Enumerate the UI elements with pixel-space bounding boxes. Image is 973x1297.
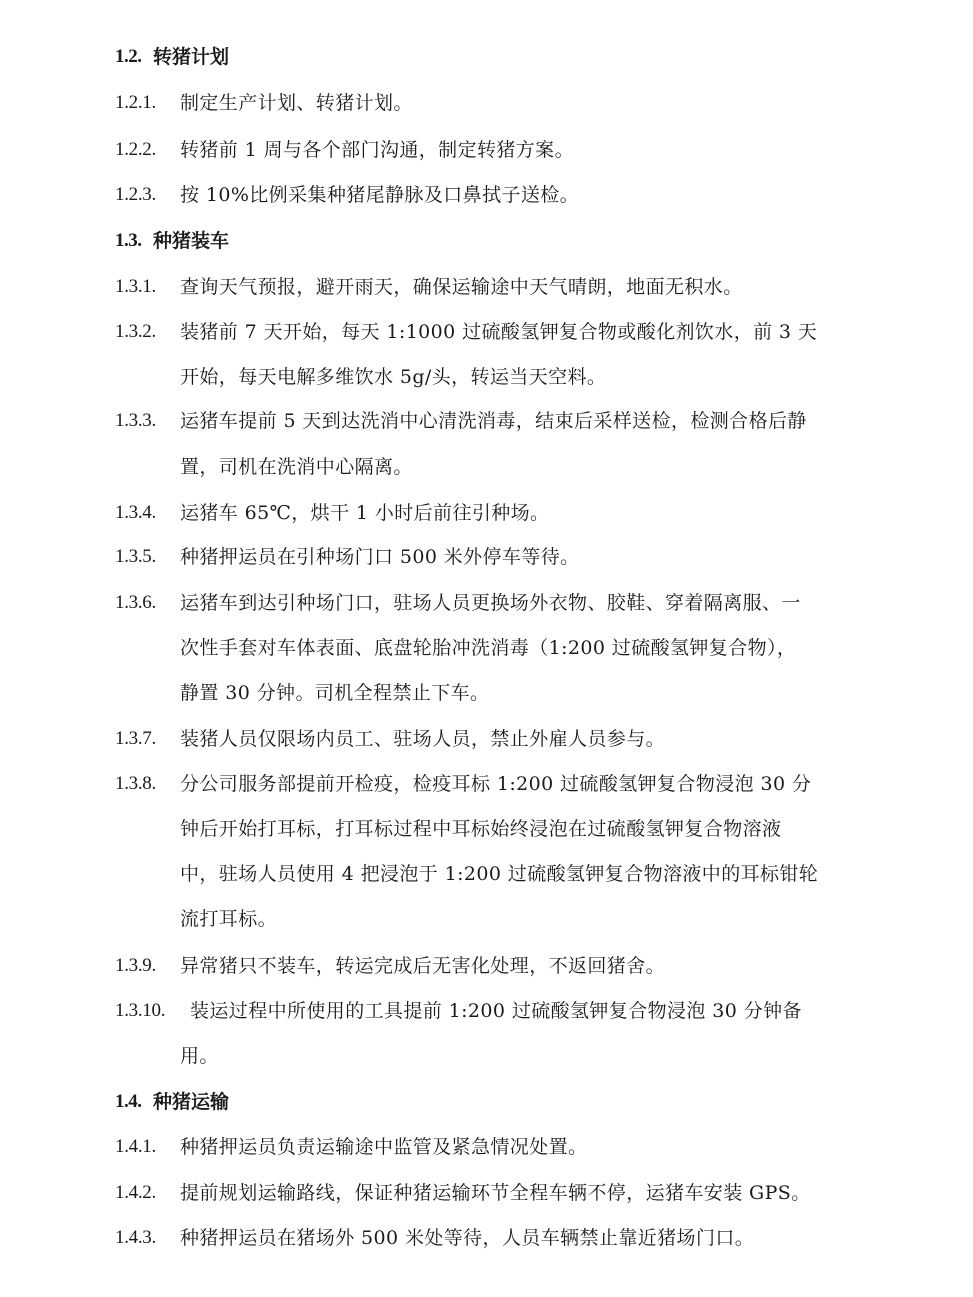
list-item-1-3-3: 1.3.3. 运猪车提前 5 天到达洗消中心清洗消毒，结束后采样送检，检测合格后…	[0, 406, 973, 436]
item-number: 1.4.3.	[115, 1223, 156, 1253]
item-number: 1.3.5.	[115, 542, 156, 572]
section-title: 种猪装车	[153, 226, 229, 256]
item-text: 装猪前 7 天开始，每天 1:1000 过硫酸氢钾复合物或酸化剂饮水，前 3 天	[180, 317, 817, 347]
item-text: 装猪人员仅限场内员工、驻场人员，禁止外雇人员参与。	[180, 724, 665, 754]
item-text: 按 10%比例采集种猪尾静脉及口鼻拭子送检。	[180, 180, 579, 210]
item-text-continued: 用。	[180, 1041, 219, 1071]
item-number: 1.3.7.	[115, 724, 156, 754]
section-number: 1.2.	[115, 42, 142, 72]
item-number: 1.3.1.	[115, 272, 156, 302]
item-text-continued: 钟后开始打耳标，打耳标过程中耳标始终浸泡在过硫酸氢钾复合物溶液	[180, 814, 781, 844]
item-number: 1.3.10.	[115, 996, 165, 1026]
item-text-continued: 次性手套对车体表面、底盘轮胎冲洗消毒（1:200 过硫酸氢钾复合物），	[180, 633, 796, 663]
item-text: 运猪车 65℃，烘干 1 小时后前往引种场。	[180, 498, 549, 528]
item-text-continued: 置，司机在洗消中心隔离。	[180, 452, 413, 482]
item-text: 异常猪只不装车，转运完成后无害化处理，不返回猪舍。	[180, 951, 665, 981]
section-title: 转猪计划	[153, 42, 229, 72]
list-item-1-2-3: 1.2.3. 按 10%比例采集种猪尾静脉及口鼻拭子送检。	[0, 180, 973, 210]
section-heading-1-3: 1.3. 种猪装车	[0, 226, 973, 256]
list-item-1-3-8-cont: 中，驻场人员使用 4 把浸泡于 1:200 过硫酸氢钾复合物溶液中的耳标钳轮	[0, 859, 973, 889]
list-item-1-3-10: 1.3.10. 装运过程中所使用的工具提前 1:200 过硫酸氢钾复合物浸泡 3…	[0, 996, 973, 1026]
item-text: 查询天气预报，避开雨天，确保运输途中天气晴朗，地面无积水。	[180, 272, 743, 302]
item-text: 种猪押运员负责运输途中监管及紧急情况处置。	[180, 1132, 587, 1162]
list-item-1-4-1: 1.4.1. 种猪押运员负责运输途中监管及紧急情况处置。	[0, 1132, 973, 1162]
list-item-1-3-8-cont: 流打耳标。	[0, 904, 973, 934]
item-text-continued: 静置 30 分钟。司机全程禁止下车。	[180, 678, 489, 708]
list-item-1-3-8: 1.3.8. 分公司服务部提前开检疫，检疫耳标 1:200 过硫酸氢钾复合物浸泡…	[0, 769, 973, 799]
list-item-1-3-7: 1.3.7. 装猪人员仅限场内员工、驻场人员，禁止外雇人员参与。	[0, 724, 973, 754]
item-text-continued: 开始，每天电解多维饮水 5g/头，转运当天空料。	[180, 362, 606, 392]
section-heading-1-4: 1.4. 种猪运输	[0, 1087, 973, 1117]
item-number: 1.2.3.	[115, 180, 156, 210]
item-text: 装运过程中所使用的工具提前 1:200 过硫酸氢钾复合物浸泡 30 分钟备	[190, 996, 802, 1026]
list-item-1-3-6: 1.3.6. 运猪车到达引种场门口，驻场人员更换场外衣物、胶鞋、穿着隔离服、一	[0, 588, 973, 618]
item-text: 种猪押运员在引种场门口 500 米外停车等待。	[180, 542, 580, 572]
item-number: 1.4.2.	[115, 1178, 156, 1208]
item-text: 运猪车到达引种场门口，驻场人员更换场外衣物、胶鞋、穿着隔离服、一	[180, 588, 801, 618]
list-item-1-3-6-cont: 次性手套对车体表面、底盘轮胎冲洗消毒（1:200 过硫酸氢钾复合物），	[0, 633, 973, 663]
item-text: 分公司服务部提前开检疫，检疫耳标 1:200 过硫酸氢钾复合物浸泡 30 分	[180, 769, 811, 799]
list-item-1-3-2-cont: 开始，每天电解多维饮水 5g/头，转运当天空料。	[0, 362, 973, 392]
list-item-1-3-6-cont: 静置 30 分钟。司机全程禁止下车。	[0, 678, 973, 708]
list-item-1-3-3-cont: 置，司机在洗消中心隔离。	[0, 452, 973, 482]
item-text-continued: 流打耳标。	[180, 904, 277, 934]
section-title: 种猪运输	[153, 1087, 229, 1117]
list-item-1-2-2: 1.2.2. 转猪前 1 周与各个部门沟通，制定转猪方案。	[0, 135, 973, 165]
list-item-1-3-10-cont: 用。	[0, 1041, 973, 1071]
item-number: 1.3.6.	[115, 588, 156, 618]
item-number: 1.4.1.	[115, 1132, 156, 1162]
item-text: 制定生产计划、转猪计划。	[180, 88, 413, 118]
item-text: 提前规划运输路线，保证种猪运输环节全程车辆不停，运猪车安装 GPS。	[180, 1178, 811, 1208]
item-number: 1.3.2.	[115, 317, 156, 347]
list-item-1-3-8-cont: 钟后开始打耳标，打耳标过程中耳标始终浸泡在过硫酸氢钾复合物溶液	[0, 814, 973, 844]
list-item-1-4-2: 1.4.2. 提前规划运输路线，保证种猪运输环节全程车辆不停，运猪车安装 GPS…	[0, 1178, 973, 1208]
item-number: 1.2.1.	[115, 88, 156, 118]
list-item-1-3-1: 1.3.1. 查询天气预报，避开雨天，确保运输途中天气晴朗，地面无积水。	[0, 272, 973, 302]
list-item-1-4-3: 1.4.3. 种猪押运员在猪场外 500 米处等待，人员车辆禁止靠近猪场门口。	[0, 1223, 973, 1253]
item-number: 1.3.3.	[115, 406, 156, 436]
item-text-continued: 中，驻场人员使用 4 把浸泡于 1:200 过硫酸氢钾复合物溶液中的耳标钳轮	[180, 859, 818, 889]
item-number: 1.3.8.	[115, 769, 156, 799]
list-item-1-3-5: 1.3.5. 种猪押运员在引种场门口 500 米外停车等待。	[0, 542, 973, 572]
section-number: 1.4.	[115, 1087, 142, 1117]
list-item-1-2-1: 1.2.1. 制定生产计划、转猪计划。	[0, 88, 973, 118]
list-item-1-3-9: 1.3.9. 异常猪只不装车，转运完成后无害化处理，不返回猪舍。	[0, 951, 973, 981]
item-text: 转猪前 1 周与各个部门沟通，制定转猪方案。	[180, 135, 574, 165]
list-item-1-3-2: 1.3.2. 装猪前 7 天开始，每天 1:1000 过硫酸氢钾复合物或酸化剂饮…	[0, 317, 973, 347]
item-number: 1.3.9.	[115, 951, 156, 981]
section-heading-1-2: 1.2. 转猪计划	[0, 42, 973, 72]
list-item-1-3-4: 1.3.4. 运猪车 65℃，烘干 1 小时后前往引种场。	[0, 498, 973, 528]
item-text: 种猪押运员在猪场外 500 米处等待，人员车辆禁止靠近猪场门口。	[180, 1223, 754, 1253]
item-number: 1.3.4.	[115, 498, 156, 528]
item-text: 运猪车提前 5 天到达洗消中心清洗消毒，结束后采样送检，检测合格后静	[180, 406, 807, 436]
item-number: 1.2.2.	[115, 135, 156, 165]
section-number: 1.3.	[115, 226, 142, 256]
